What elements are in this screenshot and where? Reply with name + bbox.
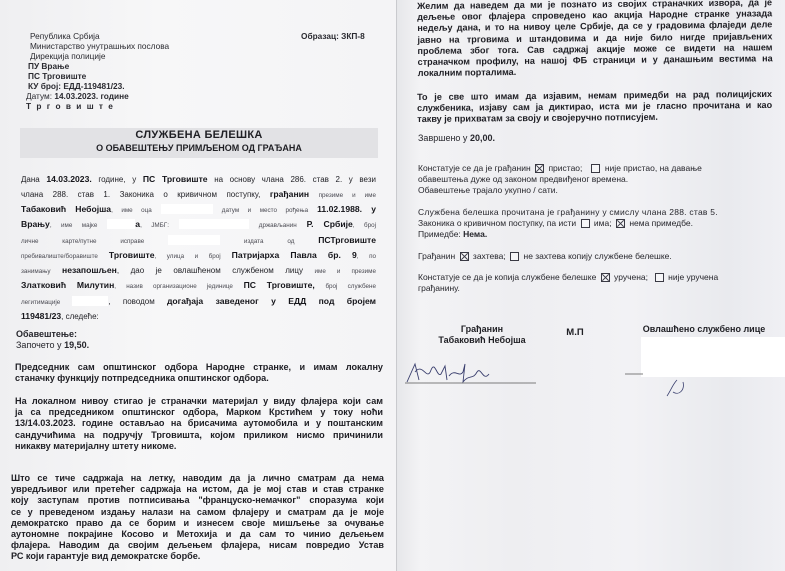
form-text: године, у bbox=[98, 175, 136, 184]
form-hint: име и презиме bbox=[315, 268, 376, 275]
form-hint: личне bbox=[21, 238, 38, 245]
paragraph-line: увредљивог или претећег садржаја на исто… bbox=[11, 484, 384, 495]
form-station: ПС Трговиште bbox=[143, 174, 208, 184]
option-not-agreed-label: није пристао, на давање bbox=[605, 163, 702, 173]
form-hint: презиме и име bbox=[319, 192, 376, 199]
header-case-number: КУ број: ЕДД-119481/23. bbox=[28, 81, 125, 92]
statement-paragraph-4: Желим да наведем да ми је познато из сво… bbox=[417, 0, 773, 79]
citizen-name: Табаковић Небојша bbox=[21, 204, 111, 214]
header-date: Датум: 14.03.2023. године bbox=[26, 91, 129, 102]
form-text: на основу члана 286. став 2. у вези bbox=[214, 175, 376, 184]
checkbox-has-remarks[interactable] bbox=[581, 219, 590, 228]
option-no-remarks-label: нема примедбе. bbox=[629, 218, 693, 228]
form-text: , поводом bbox=[108, 297, 154, 306]
notice-label: Обавештење: bbox=[16, 329, 77, 340]
checkbox-not-agreed[interactable] bbox=[591, 164, 600, 173]
redacted-badge-number bbox=[72, 296, 108, 306]
finished-label: Завршено у bbox=[418, 133, 467, 143]
remarks: Примедбе: Нема. bbox=[418, 229, 487, 240]
form-line-2: члана 288. став 1. Законика о кривичном … bbox=[21, 189, 376, 201]
form-hint: , име мајке bbox=[50, 222, 98, 229]
form-code: Образац: ЗКП-8 bbox=[301, 31, 365, 42]
form-text: , дао је овлашћеном службеном лицу bbox=[117, 266, 303, 275]
form-hint: датум и место рођења bbox=[222, 207, 308, 214]
copy-delivered-line: Констатује се да је копија службене беле… bbox=[418, 272, 778, 283]
form-line-4: Врању, име мајке а, ЈМБГ: држављанин Р. … bbox=[21, 219, 376, 231]
header-directorate: Дирекција полиције bbox=[30, 51, 106, 62]
read-note-line-1: Службена белешка прочитана је грађанину … bbox=[418, 207, 718, 218]
copy-request-text: Грађанин bbox=[418, 251, 455, 261]
consent-line-1: Констатује се да је грађанин пристао; ни… bbox=[418, 163, 773, 174]
document-title: СЛУЖБЕНА БЕЛЕШКА bbox=[20, 129, 378, 141]
form-line-9: легитимације , поводом догађаја заведено… bbox=[21, 296, 376, 308]
redacted-father-name bbox=[161, 204, 213, 214]
title-band: СЛУЖБЕНА БЕЛЕШКА О ОБАВЕШТЕЊУ ПРИМЉЕНОМ … bbox=[20, 128, 378, 158]
officer-signature-label: Овлашћено службено лице bbox=[629, 324, 779, 335]
form-hint: занимању bbox=[21, 268, 50, 275]
finished-time: Завршено у 20,00. bbox=[418, 133, 495, 144]
consent-line-3: Обавештење трајало укупно / сати. bbox=[418, 185, 558, 196]
date-value: 14.03.2023. године bbox=[54, 91, 128, 101]
document-page-1: Република Србија Министарство унутрашњих… bbox=[0, 0, 396, 571]
header-ministry: Министарство унутрашњих послова bbox=[30, 41, 169, 52]
form-line-7: занимању незапошљен, дао је овлашћеном с… bbox=[21, 265, 376, 277]
form-hint: пребивалиште/боравиште bbox=[21, 253, 98, 260]
statement-paragraph-2: На локалном нивоу стигао је страначки ма… bbox=[15, 396, 383, 452]
consent-line-2: обавештења дуже од законом предвиђеног в… bbox=[418, 174, 628, 185]
citizen-occupation: незапошљен bbox=[62, 265, 117, 275]
option-delivered-label: уручена; bbox=[614, 272, 648, 282]
officer-unit: ПС Трговиште, bbox=[244, 280, 315, 290]
form-line-5: личне карте/путне исправе издата од ПСТр… bbox=[21, 235, 376, 247]
checkbox-not-requests-copy[interactable] bbox=[510, 252, 519, 261]
remarks-label: Примедбе: bbox=[418, 229, 461, 239]
form-hint: држављанин bbox=[259, 222, 297, 229]
redacted-id-number bbox=[168, 235, 220, 245]
form-hint: исправе bbox=[120, 238, 144, 245]
statement-paragraph-1: Председник сам општинског одбора Народне… bbox=[15, 362, 383, 384]
form-hint: , број bbox=[353, 222, 376, 229]
form-hint: од bbox=[287, 238, 294, 245]
paragraph-line: коју заступам против потписивања "францу… bbox=[11, 495, 384, 506]
form-hint: , име оца bbox=[111, 207, 152, 214]
read-note-text: Законика о кривичном поступку, па исти bbox=[418, 218, 576, 228]
copy-request-line: Грађанин захтева; не захтева копију служ… bbox=[418, 251, 672, 262]
header-republic: Република Србија bbox=[30, 31, 100, 42]
citizen-signature-label: Грађанин bbox=[427, 324, 537, 335]
option-not-requests-label: не захтева копију службене белешке. bbox=[524, 251, 672, 261]
paragraph-line: такву је прихватам за своју и својеручно… bbox=[417, 111, 772, 125]
paragraph-line: аутономне покрајине Косово и Метохија и … bbox=[11, 529, 384, 540]
form-line-3: Табаковић Небојша, име оца датум и место… bbox=[21, 204, 376, 216]
paragraph-line: никакву материјалну штету никоме. bbox=[15, 441, 383, 452]
read-note-line-2: Законика о кривичном поступку, па исти и… bbox=[418, 218, 693, 229]
form-text: , следеће: bbox=[61, 312, 99, 321]
paragraph-line: локалним порталима. bbox=[418, 64, 773, 79]
copy-delivered-line-2: грађанину. bbox=[418, 283, 460, 294]
paragraph-line: Што се тиче садржаја на летку, наводим д… bbox=[11, 473, 384, 484]
form-line-1: Дана 14.03.2023. године, у ПС Трговиште … bbox=[21, 174, 376, 185]
checkbox-not-delivered[interactable] bbox=[655, 273, 664, 282]
redacted-jmbg bbox=[179, 219, 249, 229]
id-issuer: ПСТрговиште bbox=[318, 235, 376, 245]
option-agreed-label: пристао; bbox=[548, 163, 582, 173]
form-text: Дана bbox=[21, 175, 40, 184]
form-hint: број службене bbox=[325, 283, 376, 290]
paragraph-line: демократско право да се борим и изнесем … bbox=[11, 518, 384, 529]
paragraph-line: РС који гарантује вид демократске борбе. bbox=[11, 551, 384, 562]
citizen-signature-icon bbox=[401, 352, 541, 392]
paragraph-line: На локалном нивоу стигао је страначки ма… bbox=[15, 396, 383, 407]
started-time: Започето у 19,50. bbox=[16, 340, 89, 351]
form-hint: , назив организационе јединице bbox=[114, 283, 233, 290]
paragraph-line: се у преведеном издању налази на самом ф… bbox=[11, 507, 384, 518]
header-police-station: ПС Трговиште bbox=[28, 71, 86, 82]
checkbox-no-remarks[interactable] bbox=[616, 219, 625, 228]
option-requests-label: захтева; bbox=[473, 251, 506, 261]
paragraph-line: ја са председником општинског одбора, Ма… bbox=[15, 407, 383, 418]
form-text: члана 288. став 1. Законика о кривичном … bbox=[21, 190, 260, 199]
officer-name: Златковић Милутин bbox=[21, 280, 114, 290]
checkbox-requests-copy[interactable] bbox=[460, 252, 469, 261]
form-date: 14.03.2023. bbox=[46, 174, 91, 184]
checkbox-agreed[interactable] bbox=[535, 164, 544, 173]
form-citizen-label: грађанин bbox=[270, 189, 309, 199]
form-line-8: Златковић Милутин, назив организационе ј… bbox=[21, 280, 376, 292]
citizen-birth-date: 11.02.1988. у bbox=[317, 204, 376, 214]
date-label: Датум: bbox=[26, 91, 52, 101]
form-line-10: 119481/23, следеће: bbox=[21, 311, 376, 322]
header-place: Т р г о в и ш т е bbox=[26, 101, 114, 112]
citizen-street: Патријарха Павла бр. 9 bbox=[232, 250, 357, 260]
event-reference: догађаја заведеног у ЕДД под бројем bbox=[167, 296, 376, 306]
form-line-6: пребивалиште/боравиште Трговиште, улица … bbox=[21, 250, 376, 262]
event-number: 119481/23 bbox=[21, 311, 61, 321]
copy-delivered-text: Констатује се да је копија службене беле… bbox=[418, 272, 596, 282]
statement-paragraph-5: То је све што имам да изјавим, немам при… bbox=[417, 89, 772, 126]
started-label: Започето у bbox=[16, 340, 62, 350]
form-hint: карте/путне bbox=[62, 238, 96, 245]
remarks-value: Нема. bbox=[463, 229, 487, 239]
checkbox-delivered[interactable] bbox=[601, 273, 610, 282]
paragraph-line: 13/14.03.2023. године остављао на брисач… bbox=[15, 418, 383, 429]
paragraph-line: станачку функцију потпредседника општинс… bbox=[15, 373, 383, 384]
option-has-remarks-label: има; bbox=[594, 218, 612, 228]
form-hint: издата bbox=[244, 238, 264, 245]
option-not-delivered-label: није уручена bbox=[668, 272, 718, 282]
citizen-signature-name: Табаковић Небојша bbox=[417, 335, 547, 346]
paragraph-line: флајера. Наводим да својим дељењем флаје… bbox=[11, 540, 384, 551]
form-hint: , по bbox=[357, 253, 376, 260]
finished-value: 20,00. bbox=[470, 133, 495, 143]
header-police-admin: ПУ Врање bbox=[28, 61, 69, 72]
document-subtitle: О ОБАВЕШТЕЊУ ПРИМЉЕНОМ ОД ГРАЂАНА bbox=[20, 143, 378, 153]
form-hint: , улица и број bbox=[155, 253, 221, 260]
consent-text: Констатује се да је грађанин bbox=[418, 163, 531, 173]
paragraph-line: сандучићима на подручју Трговишта, којом… bbox=[15, 430, 383, 441]
stamp-label: М.П bbox=[555, 327, 595, 338]
statement-paragraph-3: Што се тиче садржаја на летку, наводим д… bbox=[11, 473, 384, 563]
document-page-2: Желим да наведем да ми је познато из сво… bbox=[396, 0, 785, 571]
redacted-mother-name bbox=[107, 219, 135, 229]
form-hint: легитимације bbox=[21, 299, 60, 306]
officer-signature-icon bbox=[625, 370, 715, 400]
citizen-residence: Трговиште bbox=[109, 250, 155, 260]
started-value: 19,50. bbox=[64, 340, 89, 350]
form-hint: , ЈМБГ: bbox=[140, 222, 169, 229]
paragraph-line: Председник сам општинског одбора Народне… bbox=[15, 362, 383, 373]
citizen-birth-place: Врању bbox=[21, 219, 50, 229]
citizen-country: Р. Србије bbox=[307, 219, 353, 229]
